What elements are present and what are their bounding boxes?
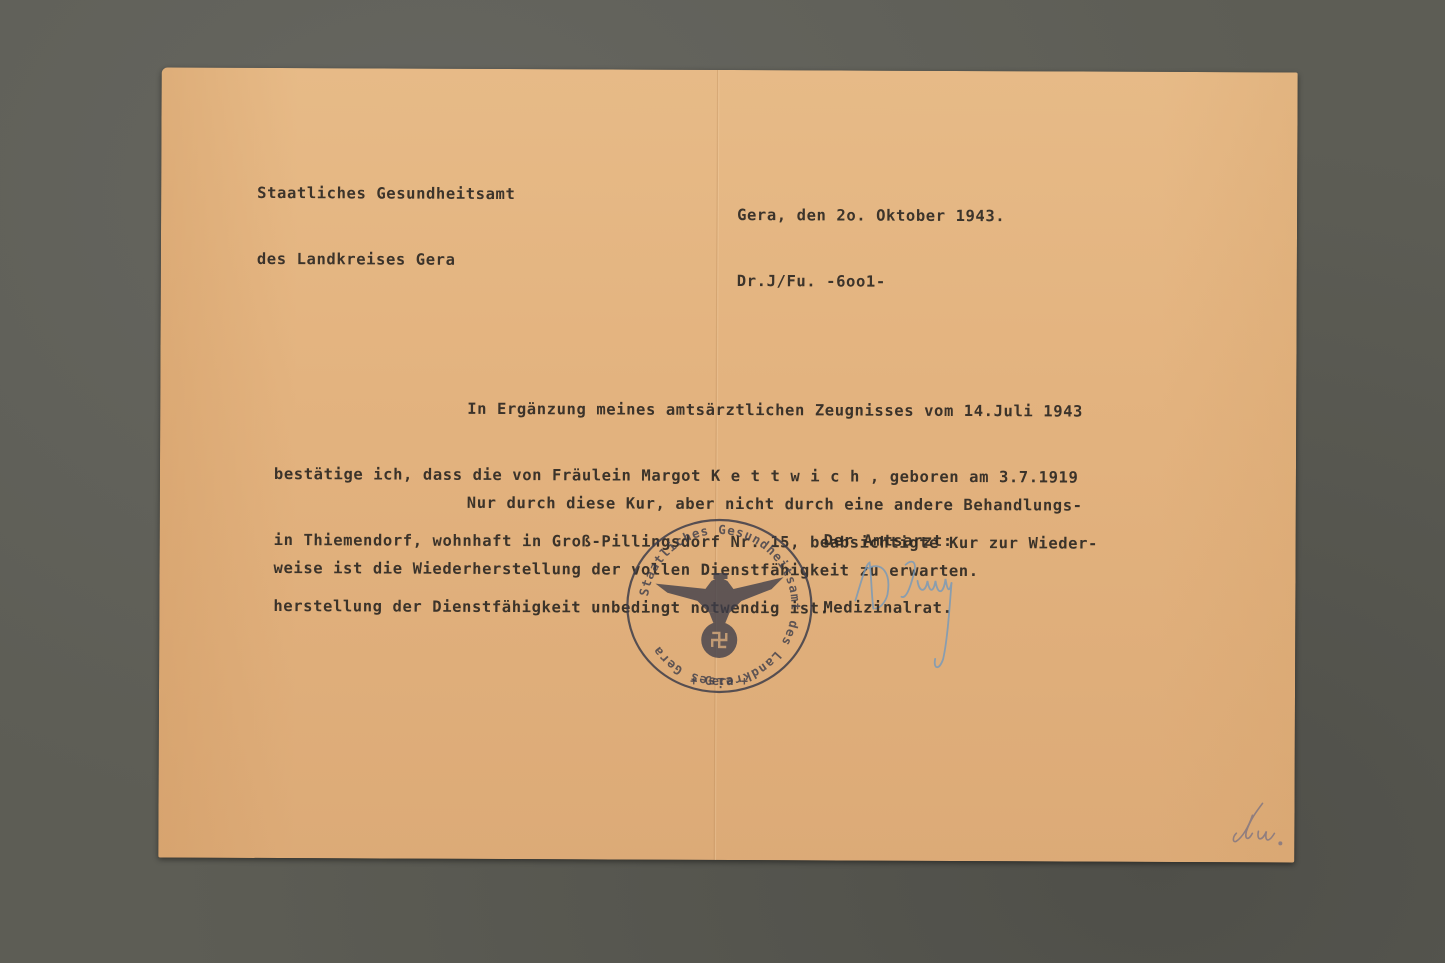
reference-number: Dr.J/Fu. -6oo1- [737, 270, 1005, 293]
sender-line-1: Staatliches Gesundheitsamt [257, 182, 515, 205]
place-date: Gera, den 2o. Oktober 1943. [737, 204, 1005, 227]
pencil-initials [1218, 797, 1298, 857]
document-page: Staatliches Gesundheitsamt des Landkreis… [158, 68, 1297, 863]
stamp-seal-icon: Staatliches Gesundheitsamt des Landkreis… [621, 517, 818, 696]
official-stamp: Staatliches Gesundheitsamt des Landkreis… [621, 517, 818, 696]
pencil-initials-icon [1218, 797, 1298, 857]
date-block: Gera, den 2o. Oktober 1943. Dr.J/Fu. -6o… [737, 160, 1006, 337]
sender-block: Staatliches Gesundheitsamt des Landkreis… [257, 138, 516, 315]
sender-line-2: des Landkreises Gera [257, 248, 515, 271]
signature-title: Der Amtsarzt: [824, 529, 953, 552]
stamp-bottom-text: + Gera + [690, 674, 748, 688]
body-line: Nur durch diese Kur, aber nicht durch ei… [274, 491, 1083, 517]
signature-rank: Medizinalrat. [823, 596, 952, 619]
body-line: In Ergänzung meines amtsärztlichen Zeugn… [274, 397, 1098, 423]
